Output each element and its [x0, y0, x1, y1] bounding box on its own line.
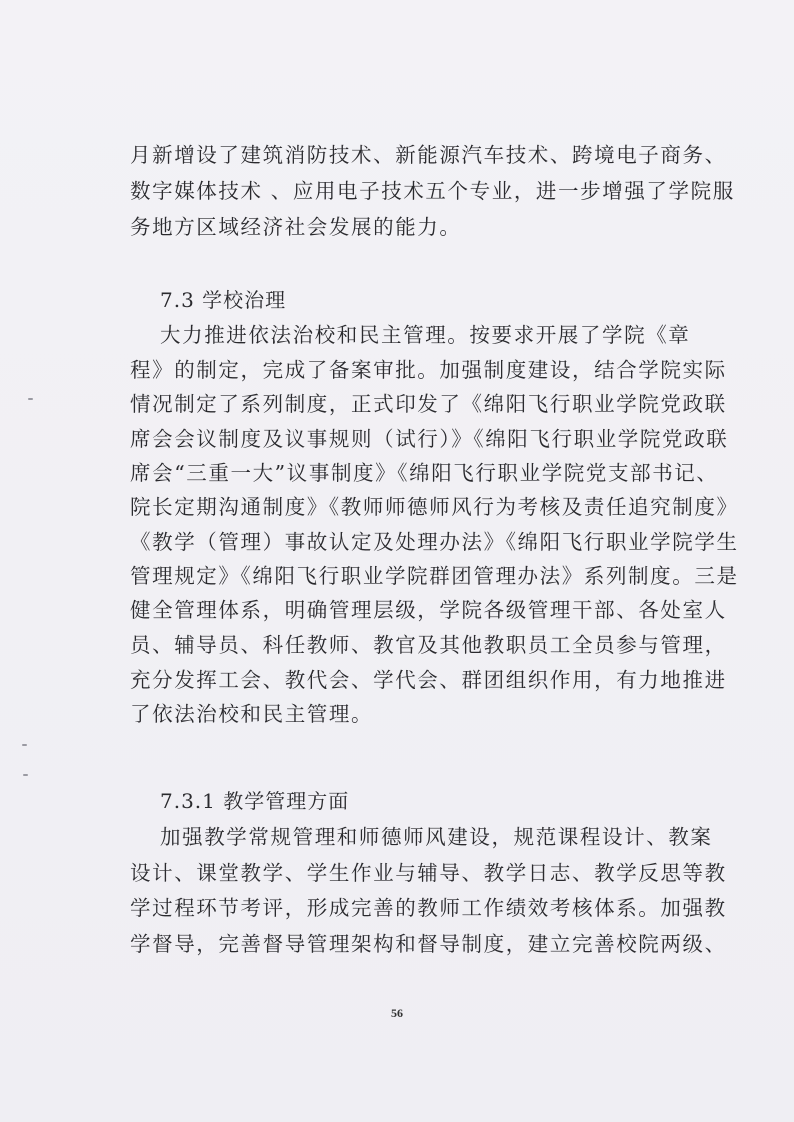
- paragraph-line: 月新增设了建筑消防技术、新能源汽车技术、跨境电子商务、: [130, 140, 727, 170]
- document-page: 月新增设了建筑消防技术、新能源汽车技术、跨境电子商务、 数字媒体技术 、应用电子…: [0, 0, 794, 1122]
- paragraph-line: 学过程环节考评，形成完善的教师工作绩效考核体系。加强教: [130, 893, 727, 923]
- section-heading: 7.3 学校治理: [160, 285, 286, 315]
- margin-mark: [23, 774, 28, 776]
- paragraph-line: 程》的制定，完成了备案审批。加强制度建设，结合学院实际: [130, 355, 727, 385]
- paragraph-line: 加强教学常规管理和师德师风建设，规范课程设计、教案: [160, 822, 713, 852]
- paragraph-line: 充分发挥工会、教代会、学代会、群团组织作用，有力地推进: [130, 665, 727, 695]
- paragraph-line: 管理规定》《绵阳飞行职业学院群团管理办法》系列制度。三是: [130, 561, 739, 591]
- paragraph-line: 员、辅导员、科任教师、教官及其他教职员工全员参与管理，: [130, 630, 727, 660]
- paragraph-line: 学督导，完善督导管理架构和督导制度，建立完善校院两级、: [130, 929, 727, 959]
- paragraph-line: 健全管理体系，明确管理层级，学院各级管理干部、各处室人: [130, 595, 727, 625]
- paragraph-line: 院长定期沟通制度》《教师师德师风行为考核及责任追究制度》: [130, 492, 739, 522]
- margin-mark: [28, 398, 33, 400]
- paragraph-line: 了依法治校和民主管理。: [130, 699, 373, 729]
- paragraph-line: 数字媒体技术 、应用电子技术五个专业，进一步增强了学院服: [130, 176, 735, 206]
- paragraph-line: 设计、课堂教学、学生作业与辅导、教学日志、教学反思等教: [130, 858, 727, 888]
- paragraph-line: 席会“三重一大”议事制度》《绵阳飞行职业学院党支部书记、: [130, 458, 719, 488]
- paragraph-line: 情况制定了系列制度，正式印发了《绵阳飞行职业学院党政联: [130, 389, 727, 419]
- paragraph-line: 大力推进依法治校和民主管理。按要求开展了学院《章: [160, 320, 690, 350]
- margin-mark: [22, 744, 27, 746]
- paragraph-line: 席会会议制度及议事规则（试行）》《绵阳飞行职业学院党政联: [130, 424, 728, 454]
- paragraph-line: 《教学（管理）事故认定及处理办法》《绵阳飞行职业学院学生: [130, 527, 739, 557]
- paragraph-line: 务地方区域经济社会发展的能力。: [130, 212, 462, 242]
- page-number: 56: [0, 1006, 794, 1021]
- subsection-heading: 7.3.1 教学管理方面: [160, 786, 349, 816]
